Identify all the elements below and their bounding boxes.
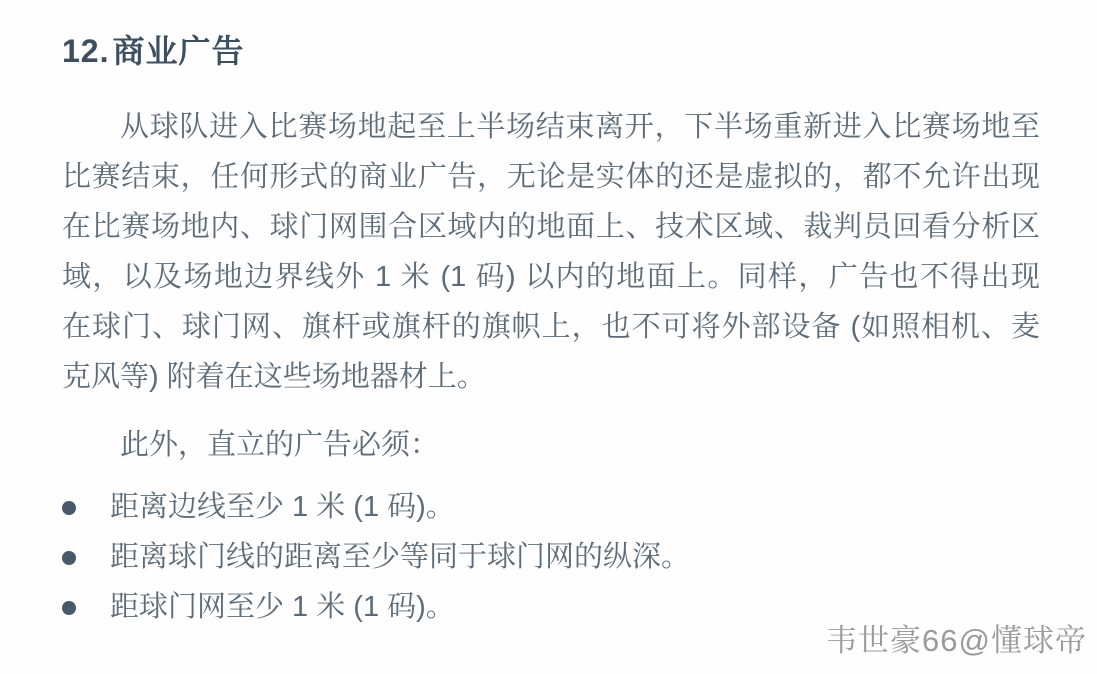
paragraph-line: 从球队进入比赛场地起至上半场结束离开，下半场重新进入比赛场地至 — [62, 102, 1040, 152]
watermark: 韦世豪66@懂球帝 — [826, 622, 1087, 660]
document-page: 12.商业广告 从球队进入比赛场地起至上半场结束离开，下半场重新进入比赛场地至 … — [0, 0, 1097, 674]
bullet-list: 距离边线至少 1 米 (1 码)。 距离球门线的距离至少等同于球门网的纵深。 距… — [62, 482, 1040, 632]
paragraph-line: 域，以及场地边界线外 1 米 (1 码) 以内的地面上。同样，广告也不得出现 — [62, 252, 1040, 302]
paragraph-line: 在比赛场地内、球门网围合区域内的地面上、技术区域、裁判员回看分析区 — [62, 202, 1040, 252]
section-heading: 12.商业广告 — [62, 30, 245, 72]
bullet-icon — [62, 551, 76, 565]
section-title: 商业广告 — [112, 33, 244, 69]
bullet-text: 距离球门线的距离至少等同于球门网的纵深。 — [110, 532, 1040, 582]
list-item: 距离球门线的距离至少等同于球门网的纵深。 — [62, 532, 1040, 582]
list-item: 距离边线至少 1 米 (1 码)。 — [62, 482, 1040, 532]
bullet-icon — [62, 501, 76, 515]
paragraph-line: 克风等) 附着在这些场地器材上。 — [62, 352, 1040, 402]
paragraph-advertising-rules: 从球队进入比赛场地起至上半场结束离开，下半场重新进入比赛场地至 比赛结束，任何形… — [62, 102, 1040, 402]
paragraph-line: 在球门、球门网、旗杆或旗杆的旗帜上，也不可将外部设备 (如照相机、麦 — [62, 302, 1040, 352]
bullet-text: 距离边线至少 1 米 (1 码)。 — [110, 482, 1040, 532]
paragraph-line: 比赛结束，任何形式的商业广告，无论是实体的还是虚拟的，都不允许出现 — [62, 152, 1040, 202]
paragraph-upright-ads-intro: 此外，直立的广告必须： — [62, 420, 1040, 470]
section-number: 12. — [62, 33, 109, 69]
bullet-icon — [62, 601, 76, 615]
